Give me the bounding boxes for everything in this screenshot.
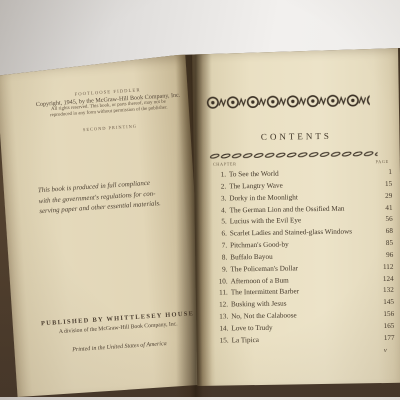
toc-entry-number: 3. <box>212 193 229 205</box>
ornament-band <box>206 91 370 112</box>
toc-entry-page: 145 <box>372 297 394 309</box>
toc-entry-number: 8. <box>213 252 230 264</box>
toc-entry-page: 132 <box>372 285 394 297</box>
toc-entry-number: 10. <box>214 276 231 288</box>
copyright-block: FOOTLOOSE FIDDLER Copyright, 1945, by th… <box>34 84 184 135</box>
toc-row: 15.La Tipica177 <box>215 333 395 348</box>
wartime-compliance-note: This book is produced in full compliance… <box>38 178 166 218</box>
toc-entry-page: 96 <box>371 250 393 262</box>
page-column-label: PAGE <box>376 159 389 164</box>
toc-entry-number: 12. <box>214 300 231 312</box>
toc-entry-page: 29 <box>370 191 392 203</box>
publisher-block: PUBLISHED BY WHITTLESEY HOUSE A division… <box>38 310 200 355</box>
chapter-column-label: CHAPTER <box>213 161 237 166</box>
toc-entry-number: 14. <box>214 323 231 335</box>
toc-entry-page: 124 <box>372 273 394 285</box>
toc-entry-number: 5. <box>213 217 230 229</box>
toc-entry-page: 15 <box>370 179 392 191</box>
book-cover: FOOTLOOSE FIDDLER Copyright, 1945, by th… <box>0 44 400 397</box>
chain-rule-ornament <box>210 150 378 160</box>
toc-entry-page: 177 <box>372 333 394 345</box>
right-page: CONTENTS CHAPTER PAGE 1.To See the World… <box>192 46 400 386</box>
toc-entry-page: 156 <box>372 309 394 321</box>
toc-entry-page: 1 <box>370 167 392 179</box>
toc-entry-page: 165 <box>372 321 394 333</box>
toc-entry-number: 7. <box>213 240 230 252</box>
toc-column-headers: CHAPTER PAGE <box>213 159 389 167</box>
left-page: FOOTLOOSE FIDDLER Copyright, 1945, by th… <box>0 53 207 397</box>
toc-entry-number: 13. <box>214 312 231 324</box>
contents-heading: CONTENTS <box>193 130 399 143</box>
toc-entry-page: 112 <box>371 262 393 274</box>
toc-entry-number: 15. <box>215 335 232 347</box>
toc-entry-number: 11. <box>214 288 231 300</box>
toc-list: 1.To See the World12.The Langtry Wave153… <box>212 167 395 347</box>
folio-page-number: v <box>384 347 387 354</box>
printed-in-usa-line: Printed in the United States of America <box>39 338 199 355</box>
toc-entry-page: 56 <box>371 214 393 226</box>
toc-entry-number: 4. <box>212 205 229 217</box>
toc-entry-page: 41 <box>370 202 392 214</box>
toc-entry-page: 68 <box>371 226 393 238</box>
printing-notice: SECOND PRINTING <box>36 120 184 135</box>
toc-entry-number: 1. <box>212 169 229 181</box>
book-photo: FOOTLOOSE FIDDLER Copyright, 1945, by th… <box>0 0 400 400</box>
toc-entry-number: 6. <box>213 229 230 241</box>
toc-entry-number: 2. <box>212 181 229 193</box>
toc-entry-page: 85 <box>371 238 393 250</box>
toc-entry-title: La Tipica <box>232 333 373 347</box>
toc-entry-number: 9. <box>213 264 230 276</box>
